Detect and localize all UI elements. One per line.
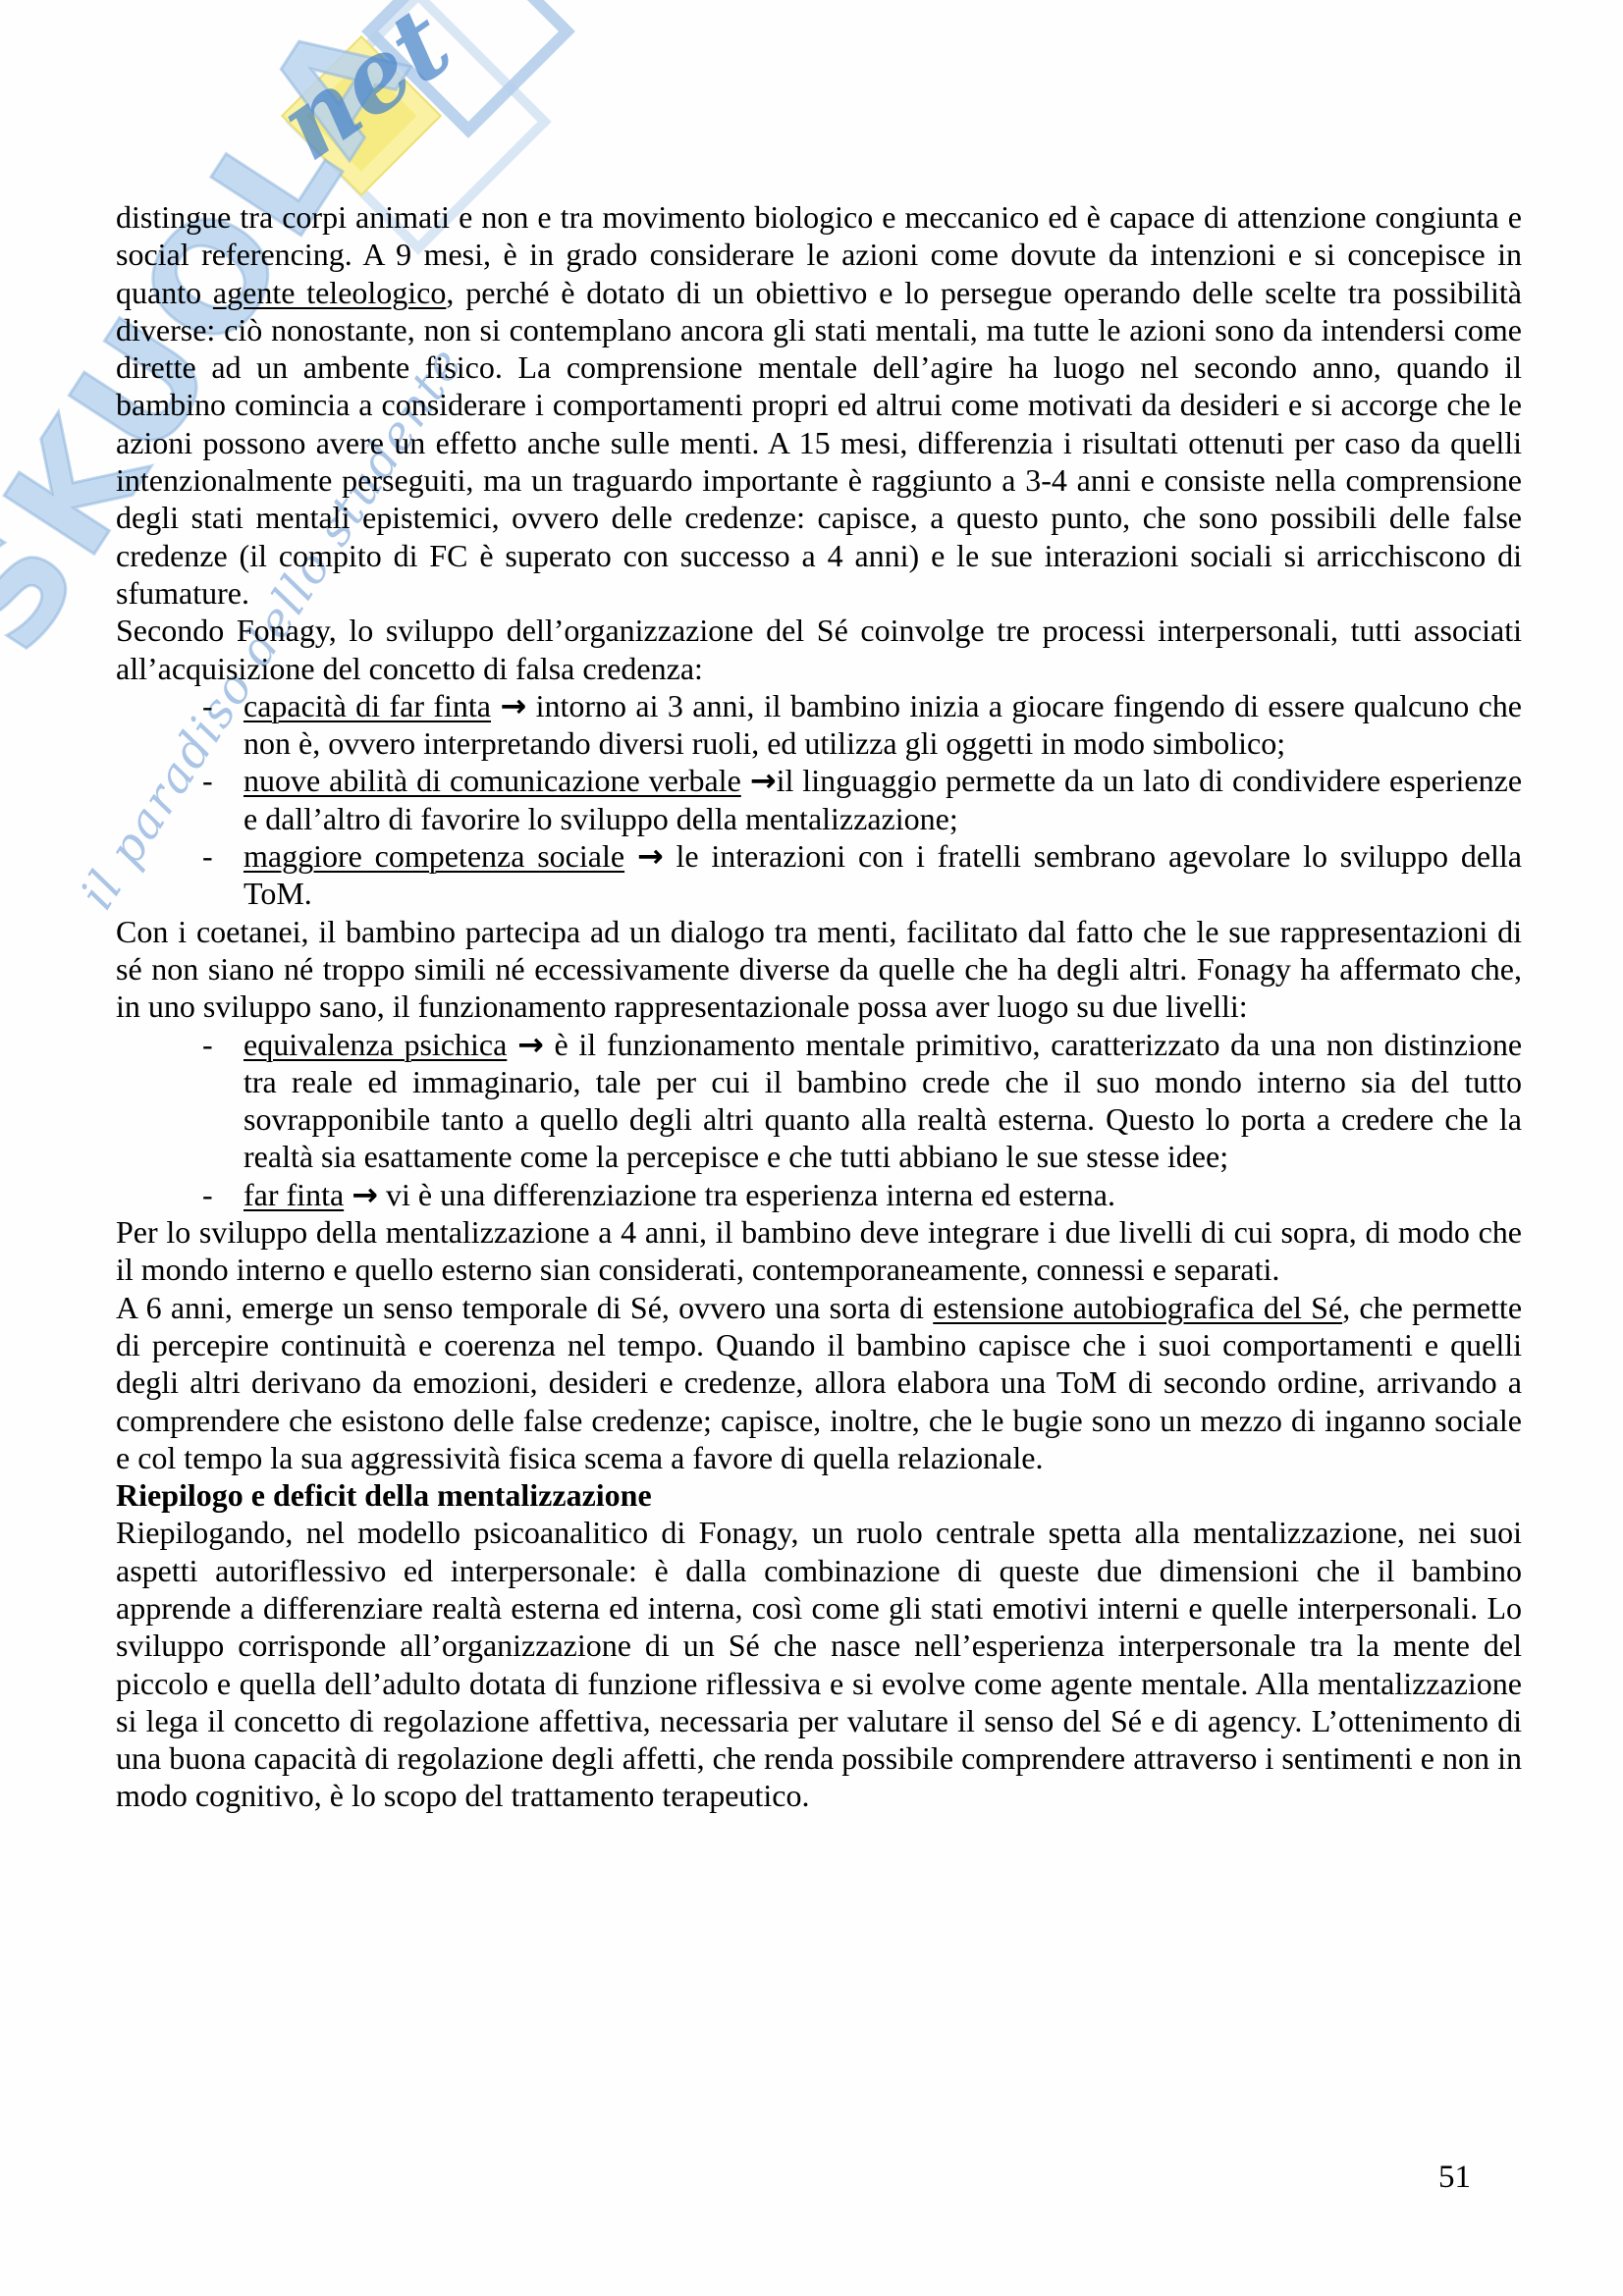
list-item: -nuove abilità di comunicazione verbale … (116, 762, 1522, 837)
list-bullet: - (202, 1176, 213, 1213)
text-run: A 6 anni, emerge un senso temporale di S… (116, 1290, 933, 1325)
paragraph: Con i coetanei, il bambino partecipa ad … (116, 913, 1522, 1026)
paragraph: Secondo Fonagy, lo sviluppo dell’organiz… (116, 612, 1522, 687)
text-run: , perché è dotato di un obiettivo e lo p… (116, 275, 1522, 611)
arrow-icon: → (637, 837, 664, 875)
list-bullet: - (202, 1026, 213, 1063)
arrow-icon: → (500, 687, 526, 724)
page-number: 51 (116, 2160, 1471, 2196)
list-item: -maggiore competenza sociale → le intera… (116, 837, 1522, 913)
watermark-script-word: net (257, 0, 470, 183)
heading: Riepilogo e deficit della mentalizzazion… (116, 1476, 1522, 1514)
list-bullet: - (202, 687, 213, 724)
text-run: Secondo Fonagy, lo sviluppo dell’organiz… (116, 613, 1522, 685)
text-run: → vi è una differenziazione tra esperien… (344, 1177, 1115, 1212)
document-page: SKUOLA net il paradiso dello studente di… (0, 0, 1623, 2296)
paragraph: distingue tra corpi animati e non e tra … (116, 198, 1522, 612)
underlined-term: agente teleologico (213, 275, 446, 310)
underlined-term: far finta (243, 1177, 344, 1212)
watermark-kite-icon (281, 35, 442, 196)
watermark-diamond-outline-icon (361, 0, 575, 138)
list-bullet: - (202, 762, 213, 799)
paragraph: Per lo sviluppo della mentalizzazione a … (116, 1213, 1522, 1289)
watermark-kite-inner (305, 60, 416, 171)
underlined-term: nuove abilità di comunicazione verbale (243, 763, 741, 798)
text-run: Per lo sviluppo della mentalizzazione a … (116, 1214, 1522, 1287)
underlined-term: equivalenza psichica (243, 1027, 507, 1062)
paragraph: Riepilogando, nel modello psicoanalitico… (116, 1514, 1522, 1814)
text-run: Con i coetanei, il bambino partecipa ad … (116, 914, 1522, 1025)
document-body: distingue tra corpi animati e non e tra … (116, 198, 1522, 1815)
arrow-icon: → (750, 762, 777, 799)
list-bullet: - (202, 837, 213, 875)
text-run: Riepilogando, nel modello psicoanalitico… (116, 1515, 1522, 1813)
underlined-term: capacità di far finta (243, 688, 491, 723)
arrow-icon: → (352, 1176, 378, 1213)
underlined-term: maggiore competenza sociale (243, 838, 624, 874)
paragraph: A 6 anni, emerge un senso temporale di S… (116, 1289, 1522, 1476)
list-item: -capacità di far finta → intorno ai 3 an… (116, 687, 1522, 763)
list-item: -equivalenza psichica → è il funzionamen… (116, 1026, 1522, 1176)
arrow-icon: → (517, 1026, 544, 1063)
list-item: -far finta → vi è una differenziazione t… (116, 1176, 1522, 1213)
underlined-term: estensione autobiografica del Sé (933, 1290, 1342, 1325)
text-run: Riepilogo e deficit della mentalizzazion… (116, 1477, 652, 1513)
